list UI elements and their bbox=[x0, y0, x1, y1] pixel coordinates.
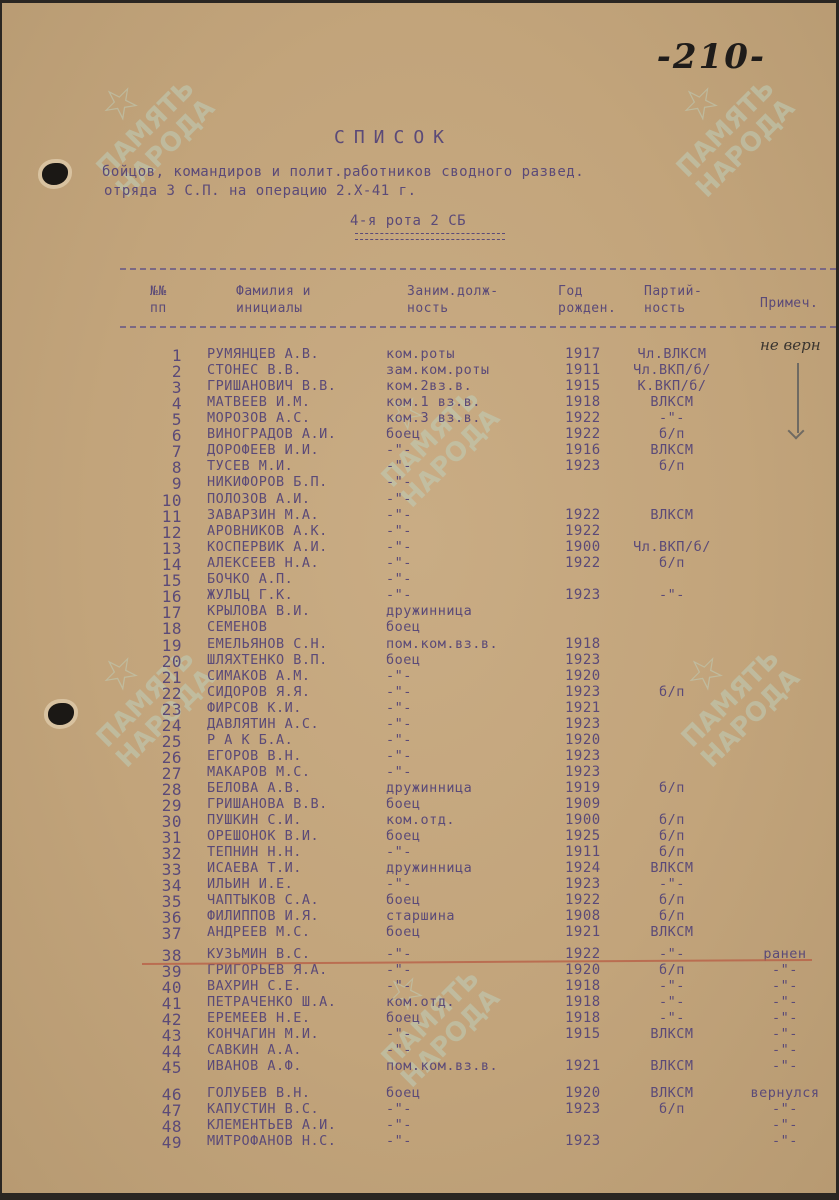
table-row: 33ИСАЕВА Т.И.дружинница1924ВЛКСМ bbox=[2, 860, 836, 876]
row-name: ЕМЕЛЬЯНОВ С.Н. bbox=[207, 636, 328, 652]
table-row: 22СИДОРОВ Я.Я.-"-1923б/п bbox=[2, 684, 836, 700]
row-name: ДОРОФЕЕВ И.И. bbox=[207, 442, 319, 458]
table-row: 19ЕМЕЛЬЯНОВ С.Н.пом.ком.вз.в.1918 bbox=[2, 636, 836, 652]
row-position: -"- bbox=[386, 946, 412, 962]
row-name: ФИЛИППОВ И.Я. bbox=[207, 908, 319, 924]
row-name: ПОЛОЗОВ А.И. bbox=[207, 491, 311, 507]
row-name: Р А К Б.А. bbox=[207, 732, 293, 748]
page-number: -210- bbox=[657, 37, 766, 77]
row-birth-year: 1920 bbox=[565, 668, 601, 684]
document-title: СПИСОК bbox=[334, 127, 453, 148]
row-party: -"- bbox=[622, 978, 722, 994]
row-birth-year: 1921 bbox=[565, 924, 601, 940]
row-note: -"- bbox=[740, 1117, 830, 1133]
row-note: -"- bbox=[740, 962, 830, 978]
table-row: 14АЛЕКСЕЕВ Н.А.-"-1922б/п bbox=[2, 555, 836, 571]
row-birth-year: 1923 bbox=[565, 1101, 601, 1117]
row-birth-year: 1918 bbox=[565, 394, 601, 410]
row-note: вернулся bbox=[740, 1085, 830, 1101]
row-name: ФИРСОВ К.И. bbox=[207, 700, 302, 716]
company-label: 4-я рота 2 СБ bbox=[350, 213, 466, 229]
table-row: 27МАКАРОВ М.С.-"-1923 bbox=[2, 764, 836, 780]
table-row: 34ИЛЬИН И.Е.-"-1923-"- bbox=[2, 876, 836, 892]
row-name: КАПУСТИН В.С. bbox=[207, 1101, 319, 1117]
table-row: 18СЕМЕНОВбоец bbox=[2, 619, 836, 635]
row-name: БОЧКО А.П. bbox=[207, 571, 293, 587]
table-row: 48КЛЕМЕНТЬЕВ А.И.-"--"- bbox=[2, 1117, 836, 1133]
table-row: 6ВИНОГРАДОВ А.И.боец1922б/п bbox=[2, 426, 836, 442]
row-name: ИСАЕВА Т.И. bbox=[207, 860, 302, 876]
row-position: -"- bbox=[386, 668, 412, 684]
row-position: -"- bbox=[386, 700, 412, 716]
row-party: ВЛКСМ bbox=[622, 394, 722, 410]
row-party: ВЛКСМ bbox=[622, 924, 722, 940]
company-underline bbox=[355, 233, 505, 240]
row-name: САВКИН А.А. bbox=[207, 1042, 302, 1058]
row-position: -"- bbox=[386, 555, 412, 571]
table-row: 13КОСПЕРВИК А.И.-"-1900Чл.ВКП/б/ bbox=[2, 539, 836, 555]
row-position: боец bbox=[386, 426, 421, 442]
row-position: старшина bbox=[386, 908, 455, 924]
row-party: -"- bbox=[622, 587, 722, 603]
subtitle-line: бойцов, командиров и полит.работников св… bbox=[102, 163, 584, 182]
row-note: -"- bbox=[740, 1058, 830, 1074]
row-birth-year: 1918 bbox=[565, 636, 601, 652]
table-row: 35ЧАПТЫКОВ С.А.боец1922б/п bbox=[2, 892, 836, 908]
row-position: дружинница bbox=[386, 603, 472, 619]
row-position: -"- bbox=[386, 684, 412, 700]
row-position: ком.отд. bbox=[386, 812, 455, 828]
row-position: боец bbox=[386, 1085, 421, 1101]
row-birth-year: 1922 bbox=[565, 410, 601, 426]
row-birth-year: 1920 bbox=[565, 1085, 601, 1101]
row-position: боец bbox=[386, 892, 421, 908]
header-name: Фамилия и инициалы bbox=[236, 283, 311, 317]
row-name: МОРОЗОВ А.С. bbox=[207, 410, 311, 426]
row-position: -"- bbox=[386, 1117, 412, 1133]
table-row: 17КРЫЛОВА В.И.дружинница bbox=[2, 603, 836, 619]
row-party: -"- bbox=[622, 1010, 722, 1026]
row-name: ГОЛУБЕВ В.Н. bbox=[207, 1085, 311, 1101]
row-birth-year: 1918 bbox=[565, 994, 601, 1010]
table-header-rule bbox=[120, 326, 836, 328]
row-party: ВЛКСМ bbox=[622, 1085, 722, 1101]
row-name: КОСПЕРВИК А.И. bbox=[207, 539, 328, 555]
row-name: ЧАПТЫКОВ С.А. bbox=[207, 892, 319, 908]
row-name: ТУСЕВ М.И. bbox=[207, 458, 293, 474]
row-name: МАТВЕЕВ И.М. bbox=[207, 394, 311, 410]
row-birth-year: 1915 bbox=[565, 378, 601, 394]
subtitle-line: отряда 3 С.П. на операцию 2.X-41 г. bbox=[102, 182, 584, 201]
row-note: -"- bbox=[740, 1010, 830, 1026]
table-row: 7ДОРОФЕЕВ И.И.-"-1916ВЛКСМ bbox=[2, 442, 836, 458]
table-row: 24ДАВЛЯТИН А.С.-"-1923 bbox=[2, 716, 836, 732]
row-birth-year: 1922 bbox=[565, 426, 601, 442]
table-row: 20ШЛЯХТЕНКО В.П.боец1923 bbox=[2, 652, 836, 668]
row-birth-year: 1922 bbox=[565, 507, 601, 523]
row-position: дружинница bbox=[386, 860, 472, 876]
row-birth-year: 1923 bbox=[565, 684, 601, 700]
row-number: 37 bbox=[140, 924, 182, 943]
row-name: ИЛЬИН И.Е. bbox=[207, 876, 293, 892]
row-birth-year: 1900 bbox=[565, 539, 601, 555]
row-party: б/п bbox=[622, 812, 722, 828]
table-row: 25Р А К Б.А.-"-1920 bbox=[2, 732, 836, 748]
row-birth-year: 1900 bbox=[565, 812, 601, 828]
row-party: б/п bbox=[622, 828, 722, 844]
row-name: МАКАРОВ М.С. bbox=[207, 764, 311, 780]
row-party: б/п bbox=[622, 555, 722, 571]
table-row: 9НИКИФОРОВ Б.П.-"- bbox=[2, 474, 836, 490]
row-name: СЕМЕНОВ bbox=[207, 619, 267, 635]
row-position: -"- bbox=[386, 716, 412, 732]
row-birth-year: 1923 bbox=[565, 652, 601, 668]
row-name: ИВАНОВ А.Ф. bbox=[207, 1058, 302, 1074]
row-position: боец bbox=[386, 924, 421, 940]
table-row: 26ЕГОРОВ В.Н.-"-1923 bbox=[2, 748, 836, 764]
table-row: 32ТЕПНИН Н.Н.-"-1911б/п bbox=[2, 844, 836, 860]
row-position: -"- bbox=[386, 844, 412, 860]
row-name: ГРИШАНОВИЧ В.В. bbox=[207, 378, 336, 394]
row-position: зам.ком.роты bbox=[386, 362, 490, 378]
row-name: ЕРЕМЕЕВ Н.Е. bbox=[207, 1010, 311, 1026]
row-birth-year: 1923 bbox=[565, 748, 601, 764]
row-position: -"- bbox=[386, 1026, 412, 1042]
table-row: 31ОРЕШОНОК В.И.боец1925б/п bbox=[2, 828, 836, 844]
row-name: ДАВЛЯТИН А.С. bbox=[207, 716, 319, 732]
row-position: -"- bbox=[386, 748, 412, 764]
row-name: ЕГОРОВ В.Н. bbox=[207, 748, 302, 764]
row-birth-year: 1924 bbox=[565, 860, 601, 876]
table-row: 30ПУШКИН С.И.ком.отд.1900б/п bbox=[2, 812, 836, 828]
row-note: -"- bbox=[740, 1101, 830, 1117]
header-note: Примеч. bbox=[760, 295, 818, 312]
table-row: 4МАТВЕЕВ И.М.ком.1 вз.в.1918ВЛКСМ bbox=[2, 394, 836, 410]
document-page: ☆ ПАМЯТЬ НАРОДА ☆ ПАМЯТЬ НАРОДА ☆ ПАМЯТЬ… bbox=[2, 3, 836, 1193]
row-birth-year: 1921 bbox=[565, 1058, 601, 1074]
row-birth-year: 1917 bbox=[565, 346, 601, 362]
table-row: 2СТОНЕС В.В.зам.ком.роты1911Чл.ВКП/б/ bbox=[2, 362, 836, 378]
table-top-rule bbox=[120, 268, 836, 270]
row-birth-year: 1922 bbox=[565, 555, 601, 571]
table-row: 36ФИЛИППОВ И.Я.старшина1908б/п bbox=[2, 908, 836, 924]
table-row: 10ПОЛОЗОВ А.И.-"- bbox=[2, 491, 836, 507]
row-birth-year: 1918 bbox=[565, 1010, 601, 1026]
table-row: 29ГРИШАНОВА В.В.боец1909 bbox=[2, 796, 836, 812]
row-position: -"- bbox=[386, 1042, 412, 1058]
row-note: -"- bbox=[740, 1026, 830, 1042]
row-number: 45 bbox=[140, 1058, 182, 1077]
row-position: ком.2вз.в. bbox=[386, 378, 472, 394]
row-name: ГРИШАНОВА В.В. bbox=[207, 796, 328, 812]
row-note: -"- bbox=[740, 994, 830, 1010]
row-birth-year: 1922 bbox=[565, 523, 601, 539]
row-birth-year: 1911 bbox=[565, 844, 601, 860]
row-party: ВЛКСМ bbox=[622, 860, 722, 876]
row-birth-year: 1920 bbox=[565, 962, 601, 978]
row-position: -"- bbox=[386, 1101, 412, 1117]
table-row: 28БЕЛОВА А.В.дружинница1919б/п bbox=[2, 780, 836, 796]
row-birth-year: 1923 bbox=[565, 876, 601, 892]
row-party: К.ВКП/б/ bbox=[622, 378, 722, 394]
row-party: ВЛКСМ bbox=[622, 1026, 722, 1042]
row-name: ВАХРИН С.Е. bbox=[207, 978, 302, 994]
row-name: ОРЕШОНОК В.И. bbox=[207, 828, 319, 844]
table-row: 40ВАХРИН С.Е.-"-1918-"--"- bbox=[2, 978, 836, 994]
row-position: -"- bbox=[386, 1133, 412, 1149]
row-party: Чл.ВКП/б/ bbox=[622, 539, 722, 555]
row-position: -"- bbox=[386, 523, 412, 539]
row-position: -"- bbox=[386, 876, 412, 892]
row-party: б/п bbox=[622, 780, 722, 796]
row-position: -"- bbox=[386, 507, 412, 523]
row-birth-year: 1908 bbox=[565, 908, 601, 924]
row-birth-year: 1916 bbox=[565, 442, 601, 458]
row-birth-year: 1921 bbox=[565, 700, 601, 716]
row-name: АЛЕКСЕЕВ Н.А. bbox=[207, 555, 319, 571]
row-name: ПУШКИН С.И. bbox=[207, 812, 302, 828]
row-position: дружинница bbox=[386, 780, 472, 796]
table-row: 46ГОЛУБЕВ В.Н.боец1920ВЛКСМвернулся bbox=[2, 1085, 836, 1101]
row-note: -"- bbox=[740, 1133, 830, 1149]
row-party: б/п bbox=[622, 908, 722, 924]
row-name: ЗАВАРЗИН М.А. bbox=[207, 507, 319, 523]
row-birth-year: 1923 bbox=[565, 458, 601, 474]
row-birth-year: 1919 bbox=[565, 780, 601, 796]
row-position: пом.ком.вз.в. bbox=[386, 636, 498, 652]
table-row: 11ЗАВАРЗИН М.А.-"-1922ВЛКСМ bbox=[2, 507, 836, 523]
table-row: 47КАПУСТИН В.С.-"-1923б/п-"- bbox=[2, 1101, 836, 1117]
row-position: боец bbox=[386, 652, 421, 668]
row-name: МИТРОФАНОВ Н.С. bbox=[207, 1133, 336, 1149]
row-name: КУЗЬМИН В.С. bbox=[207, 946, 311, 962]
row-name: СИДОРОВ Я.Я. bbox=[207, 684, 311, 700]
table-row: 49МИТРОФАНОВ Н.С.-"-1923-"- bbox=[2, 1133, 836, 1149]
row-name: ЖУЛЬЦ Г.К. bbox=[207, 587, 293, 603]
row-party: Чл.ВЛКСМ bbox=[622, 346, 722, 362]
row-party: Чл.ВКП/б/ bbox=[622, 362, 722, 378]
row-position: -"- bbox=[386, 491, 412, 507]
header-year: Год рожден. bbox=[558, 283, 616, 317]
table-row: 8ТУСЕВ М.И.-"-1923б/п bbox=[2, 458, 836, 474]
row-name: АРОВНИКОВ А.К. bbox=[207, 523, 328, 539]
table-row: 1РУМЯНЦЕВ А.В.ком.роты1917Чл.ВЛКСМ bbox=[2, 346, 836, 362]
row-party: ВЛКСМ bbox=[622, 1058, 722, 1074]
row-position: ком.1 вз.в. bbox=[386, 394, 481, 410]
row-position: боец bbox=[386, 619, 421, 635]
table-row: 39ГРИГОРЬЕВ Я.А.-"-1920б/п-"- bbox=[2, 962, 836, 978]
table-row: 12АРОВНИКОВ А.К.-"-1922 bbox=[2, 523, 836, 539]
row-name: ШЛЯХТЕНКО В.П. bbox=[207, 652, 328, 668]
row-position: -"- bbox=[386, 978, 412, 994]
row-birth-year: 1915 bbox=[565, 1026, 601, 1042]
row-position: -"- bbox=[386, 474, 412, 490]
row-name: ТЕПНИН Н.Н. bbox=[207, 844, 302, 860]
row-name: БЕЛОВА А.В. bbox=[207, 780, 302, 796]
row-party: -"- bbox=[622, 994, 722, 1010]
row-birth-year: 1923 bbox=[565, 1133, 601, 1149]
header-num: №№ пп bbox=[150, 283, 167, 317]
row-name: ПЕТРАЧЕНКО Ш.А. bbox=[207, 994, 336, 1010]
table-row: 44САВКИН А.А.-"--"- bbox=[2, 1042, 836, 1058]
row-position: ком.отд. bbox=[386, 994, 455, 1010]
row-position: -"- bbox=[386, 732, 412, 748]
row-position: -"- bbox=[386, 539, 412, 555]
row-birth-year: 1923 bbox=[565, 716, 601, 732]
row-name: РУМЯНЦЕВ А.В. bbox=[207, 346, 319, 362]
row-position: боец bbox=[386, 1010, 421, 1026]
row-position: ком.3 вз.в. bbox=[386, 410, 481, 426]
row-party: ВЛКСМ bbox=[622, 507, 722, 523]
row-party: б/п bbox=[622, 458, 722, 474]
row-position: боец bbox=[386, 796, 421, 812]
row-party: б/п bbox=[622, 892, 722, 908]
row-name: КОНЧАГИН М.И. bbox=[207, 1026, 319, 1042]
row-name: СТОНЕС В.В. bbox=[207, 362, 302, 378]
row-party: б/п bbox=[622, 426, 722, 442]
table-row: 5МОРОЗОВ А.С.ком.3 вз.в.1922-"- bbox=[2, 410, 836, 426]
row-name: НИКИФОРОВ Б.П. bbox=[207, 474, 328, 490]
row-birth-year: 1909 bbox=[565, 796, 601, 812]
row-birth-year: 1922 bbox=[565, 892, 601, 908]
table-row: 43КОНЧАГИН М.И.-"-1915ВЛКСМ-"- bbox=[2, 1026, 836, 1042]
row-position: -"- bbox=[386, 458, 412, 474]
row-position: ком.роты bbox=[386, 346, 455, 362]
row-name: АНДРЕЕВ М.С. bbox=[207, 924, 311, 940]
row-position: пом.ком.вз.в. bbox=[386, 1058, 498, 1074]
header-position: Заним.долж- ность bbox=[407, 283, 499, 317]
header-party: Партий- ность bbox=[644, 283, 702, 317]
table-row: 45ИВАНОВ А.Ф.пом.ком.вз.в.1921ВЛКСМ-"- bbox=[2, 1058, 836, 1074]
table-row: 16ЖУЛЬЦ Г.К.-"-1923-"- bbox=[2, 587, 836, 603]
row-party: б/п bbox=[622, 684, 722, 700]
row-party: б/п bbox=[622, 844, 722, 860]
table-row: 15БОЧКО А.П.-"- bbox=[2, 571, 836, 587]
table-row: 37АНДРЕЕВ М.С.боец1921ВЛКСМ bbox=[2, 924, 836, 940]
row-position: -"- bbox=[386, 764, 412, 780]
table-row: 42ЕРЕМЕЕВ Н.Е.боец1918-"--"- bbox=[2, 1010, 836, 1026]
table-row: 23ФИРСОВ К.И.-"-1921 bbox=[2, 700, 836, 716]
row-position: -"- bbox=[386, 587, 412, 603]
row-party: -"- bbox=[622, 410, 722, 426]
row-note: -"- bbox=[740, 1042, 830, 1058]
row-birth-year: 1911 bbox=[565, 362, 601, 378]
row-note: -"- bbox=[740, 978, 830, 994]
row-party: б/п bbox=[622, 1101, 722, 1117]
row-birth-year: 1925 bbox=[565, 828, 601, 844]
row-name: КЛЕМЕНТЬЕВ А.И. bbox=[207, 1117, 336, 1133]
row-position: -"- bbox=[386, 442, 412, 458]
row-position: -"- bbox=[386, 962, 412, 978]
row-party: б/п bbox=[622, 962, 722, 978]
row-birth-year: 1920 bbox=[565, 732, 601, 748]
row-name: СИМАКОВ А.М. bbox=[207, 668, 311, 684]
row-birth-year: 1923 bbox=[565, 587, 601, 603]
row-number: 49 bbox=[140, 1133, 182, 1152]
document-subtitle: бойцов, командиров и полит.работников св… bbox=[102, 163, 584, 201]
row-position: -"- bbox=[386, 571, 412, 587]
table-row: 3ГРИШАНОВИЧ В.В.ком.2вз.в.1915К.ВКП/б/ bbox=[2, 378, 836, 394]
row-name: КРЫЛОВА В.И. bbox=[207, 603, 311, 619]
row-position: боец bbox=[386, 828, 421, 844]
table-row: 41ПЕТРАЧЕНКО Ш.А.ком.отд.1918-"--"- bbox=[2, 994, 836, 1010]
row-birth-year: 1923 bbox=[565, 764, 601, 780]
punch-hole bbox=[42, 163, 68, 185]
row-party: ВЛКСМ bbox=[622, 442, 722, 458]
row-name: ВИНОГРАДОВ А.И. bbox=[207, 426, 336, 442]
table-row: 21СИМАКОВ А.М.-"-1920 bbox=[2, 668, 836, 684]
row-birth-year: 1918 bbox=[565, 978, 601, 994]
row-party: -"- bbox=[622, 876, 722, 892]
